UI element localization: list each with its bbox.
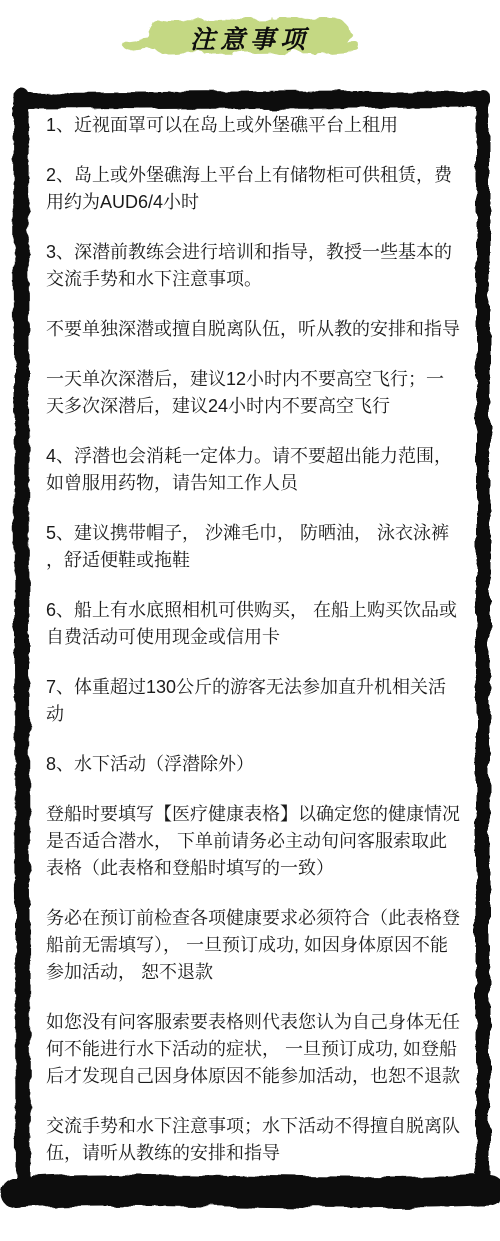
notice-paragraph: 5、建议携带帽子， 沙滩毛巾， 防晒油， 泳衣泳裤 ，舒适便鞋或拖鞋 [46, 520, 486, 574]
notice-paragraph: 7、体重超过130公斤的游客无法参加直升机相关活 动 [46, 674, 486, 728]
notice-paragraph: 8、水下活动（浮潜除外） [46, 751, 486, 778]
notice-paragraph: 交流手势和水下注意事项；水下活动不得擅自脱离队 伍，请听从教练的安排和指导 [46, 1113, 486, 1167]
notice-paragraph: 不要单独深潜或擅自脱离队伍，听从教的安排和指导 [46, 316, 486, 343]
notice-paragraph: 1、近视面罩可以在岛上或外堡礁平台上租用 [46, 112, 486, 139]
notice-paragraph: 如您没有问客服索要表格则代表您认为自己身体无任 何不能进行水下活动的症状， 一旦… [46, 1009, 486, 1090]
notice-poster: 注意事项 1、近视面罩可以在岛上或外堡礁平台上租用 2、岛上或外堡礁海上平台上有… [0, 0, 500, 1241]
notice-paragraph: 一天单次深潜后，建议12小时内不要高空飞行；一 天多次深潜后，建议24小时内不要… [46, 366, 486, 420]
notice-paragraph: 登船时要填写【医疗健康表格】以确定您的健康情况 是否适合潜水， 下单前请务必主动… [46, 801, 486, 882]
page-title: 注意事项 [0, 20, 500, 56]
notice-paragraph: 3、深潜前教练会进行培训和指导，教授一些基本的 交流手势和水下注意事项。 [46, 239, 486, 293]
notice-body: 1、近视面罩可以在岛上或外堡礁平台上租用 2、岛上或外堡礁海上平台上有储物柜可供… [46, 112, 486, 1167]
notice-paragraph: 务必在预订前检查各项健康要求必须符合（此表格登 船前无需填写）， 一旦预订成功,… [46, 905, 486, 986]
notice-paragraph: 2、岛上或外堡礁海上平台上有储物柜可供租赁，费 用约为AUD6/4小时 [46, 162, 486, 216]
notice-paragraph: 6、船上有水底照相机可供购买， 在船上购买饮品或 自费活动可使用现金或信用卡 [46, 597, 486, 651]
notice-paragraph: 4、浮潜也会消耗一定体力。请不要超出能力范围， 如曾服用药物，请告知工作人员 [46, 443, 486, 497]
